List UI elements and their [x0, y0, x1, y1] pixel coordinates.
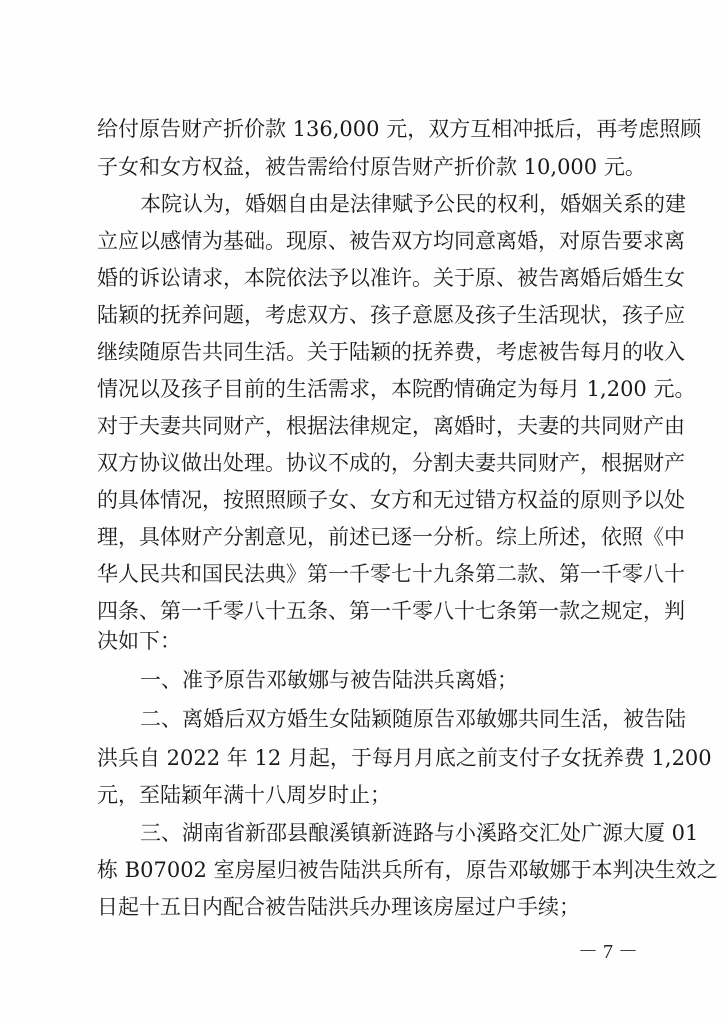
- paragraph-start-line: 本院认为，婚姻自由是法律赋予公民的权利，婚姻关系的建: [140, 189, 633, 219]
- text-line: 的具体情况，按照照顾子女、女方和无过错方权益的原则予以处: [97, 485, 633, 515]
- text-line: 决如下：: [97, 626, 633, 656]
- text-line: 子女和女方权益，被告需给付原告财产折价款 10,000 元。: [97, 152, 633, 182]
- text-line: 立应以感情为基础。现原、被告双方均同意离婚，对原告要求离: [97, 226, 633, 256]
- text-line: 情况以及孩子目前的生活需求，本院酌情确定为每月 1,200 元。: [97, 374, 633, 404]
- judgment-item-1: 一、准予原告邓敏娜与被告陆洪兵离婚；: [140, 665, 633, 695]
- text-line: 继续随原告共同生活。关于陆颖的抚养费，考虑被告每月的收入: [97, 337, 633, 367]
- text-line: 元，至陆颖年满十八周岁时止；: [97, 780, 633, 810]
- text-line: 洪兵自 2022 年 12 月起，于每月月底之前支付子女抚养费 1,200: [97, 743, 633, 773]
- text-line: 日起十五日内配合被告陆洪兵办理该房屋过户手续；: [97, 892, 633, 922]
- judgment-item-2: 二、离婚后双方婚生女陆颖随原告邓敏娜共同生活，被告陆: [140, 704, 633, 734]
- text-line: 陆颖的抚养问题，考虑双方、孩子意愿及孩子生活现状，孩子应: [97, 300, 633, 330]
- page-number: － 7 －: [578, 940, 638, 964]
- document-page: 给付原告财产折价款 136,000 元，双方互相冲抵后，再考虑照顾 子女和女方权…: [0, 0, 724, 1024]
- text-line: 双方协议做出处理。协议不成的，分割夫妻共同财产，根据财产: [97, 448, 633, 478]
- text-line: 理，具体财产分割意见，前述已逐一分析。综上所述，依照《中: [97, 522, 633, 552]
- judgment-item-3: 三、湖南省新邵县酿溪镇新涟路与小溪路交汇处广源大厦 01: [140, 818, 633, 848]
- text-line: 四条、第一千零八十五条、第一千零八十七条第一款之规定，判: [97, 596, 633, 626]
- text-line: 华人民共和国民法典》第一千零七十九条第二款、第一千零八十: [97, 559, 633, 589]
- text-line: 对于夫妻共同财产，根据法律规定，离婚时，夫妻的共同财产由: [97, 411, 633, 441]
- text-line: 给付原告财产折价款 136,000 元，双方互相冲抵后，再考虑照顾: [97, 114, 633, 144]
- text-line: 栋 B07002 室房屋归被告陆洪兵所有，原告邓敏娜于本判决生效之: [97, 855, 633, 885]
- text-line: 婚的诉讼请求，本院依法予以准许。关于原、被告离婚后婚生女: [97, 263, 633, 293]
